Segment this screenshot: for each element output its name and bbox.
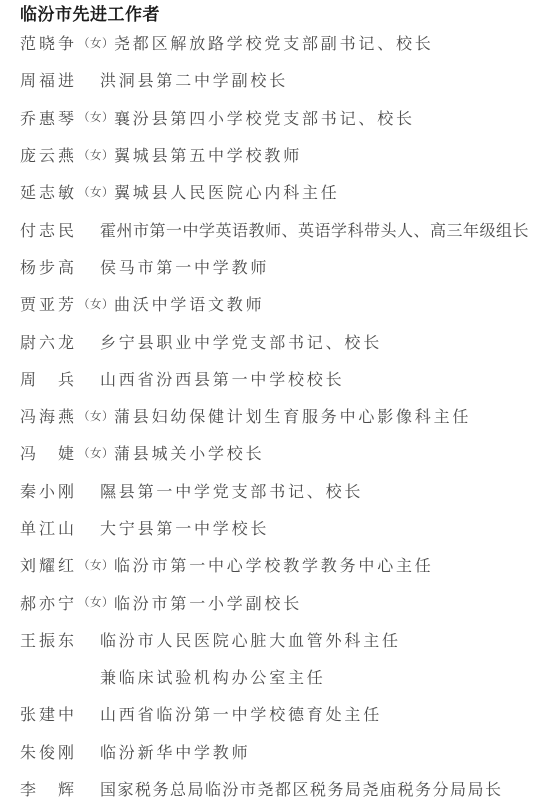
worker-title: 洪洞县第二中学副校长 [100,68,288,91]
worker-name: 单江山 [20,516,78,539]
list-row: 李 辉 国家税务总局临汾市尧都区税务局尧庙税务分局局长 [20,770,539,807]
list-row: 范晓争 （女） 尧都区解放路学校党支部副书记、校长 [20,24,539,61]
gender-label: （女） [78,296,114,312]
worker-title: 曲沃中学语文教师 [114,292,264,315]
list-row: 延志敏 （女） 翼城县人民医院心内科主任 [20,173,539,210]
gender-label: （女） [78,35,114,51]
list-row: 周 兵 山西省汾西县第一中学校校长 [20,360,539,397]
list-row: 冯 婕 （女） 蒲县城关小学校长 [20,434,539,471]
document-page: 临汾市先进工作者 范晓争 （女） 尧都区解放路学校党支部副书记、校长 周福进 洪… [0,0,543,809]
worker-name: 付志民 [20,218,78,241]
workers-list: 范晓争 （女） 尧都区解放路学校党支部副书记、校长 周福进 洪洞县第二中学副校长… [20,24,539,807]
worker-title: 兼临床试验机构办公室主任 [100,665,326,688]
list-row: 付志民 霍州市第一中学英语教师、英语学科带头人、高三年级组长 [20,210,539,247]
list-row: 庞云燕 （女） 翼城县第五中学校教师 [20,136,539,173]
worker-name: 刘耀红 [20,553,78,576]
worker-name: 王振东 [20,628,78,651]
list-row: 乔惠琴 （女） 襄汾县第四小学校党支部书记、校长 [20,99,539,136]
gender-label: （女） [78,594,114,610]
worker-name: 郝亦宁 [20,591,78,614]
list-row: 冯海燕 （女） 蒲县妇幼保健计划生育服务中心影像科主任 [20,397,539,434]
worker-title: 大宁县第一中学校长 [100,516,269,539]
worker-name: 冯 婕 [20,441,78,464]
list-row: 秦小刚 隰县第一中学党支部书记、校长 [20,472,539,509]
worker-title: 尧都区解放路学校党支部副书记、校长 [114,31,434,54]
worker-title: 临汾市第一小学副校长 [114,591,302,614]
list-row: 朱俊刚 临汾新华中学教师 [20,733,539,770]
list-row-continuation: 兼临床试验机构办公室主任 [20,658,539,695]
gender-label: （女） [78,184,114,200]
list-row: 单江山 大宁县第一中学校长 [20,509,539,546]
worker-title: 翼城县第五中学校教师 [114,143,302,166]
worker-name: 尉六龙 [20,330,78,353]
worker-name: 周 兵 [20,367,78,390]
worker-title: 侯马市第一中学教师 [100,255,269,278]
gender-label: （女） [78,109,114,125]
worker-title: 临汾市人民医院心脏大血管外科主任 [100,628,401,651]
worker-title: 襄汾县第四小学校党支部书记、校长 [114,106,415,129]
list-row: 周福进 洪洞县第二中学副校长 [20,61,539,98]
worker-title: 乡宁县职业中学党支部书记、校长 [100,330,382,353]
list-row: 郝亦宁 （女） 临汾市第一小学副校长 [20,583,539,620]
worker-title: 山西省临汾第一中学校德育处主任 [100,702,382,725]
worker-title: 霍州市第一中学英语教师、英语学科带头人、高三年级组长 [100,218,529,241]
worker-title: 国家税务总局临汾市尧都区税务局尧庙税务分局局长 [100,777,503,800]
list-row: 杨步高 侯马市第一中学教师 [20,248,539,285]
worker-name: 乔惠琴 [20,106,78,129]
gender-label: （女） [78,147,114,163]
worker-name: 秦小刚 [20,479,78,502]
gender-label: （女） [78,557,114,573]
worker-name: 庞云燕 [20,143,78,166]
list-row: 贾亚芳 （女） 曲沃中学语文教师 [20,285,539,322]
worker-name: 张建中 [20,702,78,725]
worker-title: 隰县第一中学党支部书记、校长 [100,479,363,502]
worker-name: 延志敏 [20,180,78,203]
worker-name: 冯海燕 [20,404,78,427]
worker-title: 山西省汾西县第一中学校校长 [100,367,344,390]
worker-title: 蒲县城关小学校长 [114,441,264,464]
worker-name: 贾亚芳 [20,292,78,315]
list-row: 张建中 山西省临汾第一中学校德育处主任 [20,695,539,732]
worker-title: 临汾市第一中心学校教学教务中心主任 [114,553,434,576]
worker-name: 周福进 [20,68,78,91]
worker-name: 李 辉 [20,777,78,800]
page-title: 临汾市先进工作者 [20,6,539,24]
worker-title: 蒲县妇幼保健计划生育服务中心影像科主任 [114,404,471,427]
worker-name: 范晓争 [20,31,78,54]
worker-title: 临汾新华中学教师 [100,740,250,763]
list-row: 尉六龙 乡宁县职业中学党支部书记、校长 [20,322,539,359]
worker-title: 翼城县人民医院心内科主任 [114,180,340,203]
worker-name: 杨步高 [20,255,78,278]
gender-label: （女） [78,445,114,461]
gender-label: （女） [78,408,114,424]
list-row: 王振东 临汾市人民医院心脏大血管外科主任 [20,621,539,658]
worker-name: 朱俊刚 [20,740,78,763]
list-row: 刘耀红 （女） 临汾市第一中心学校教学教务中心主任 [20,546,539,583]
